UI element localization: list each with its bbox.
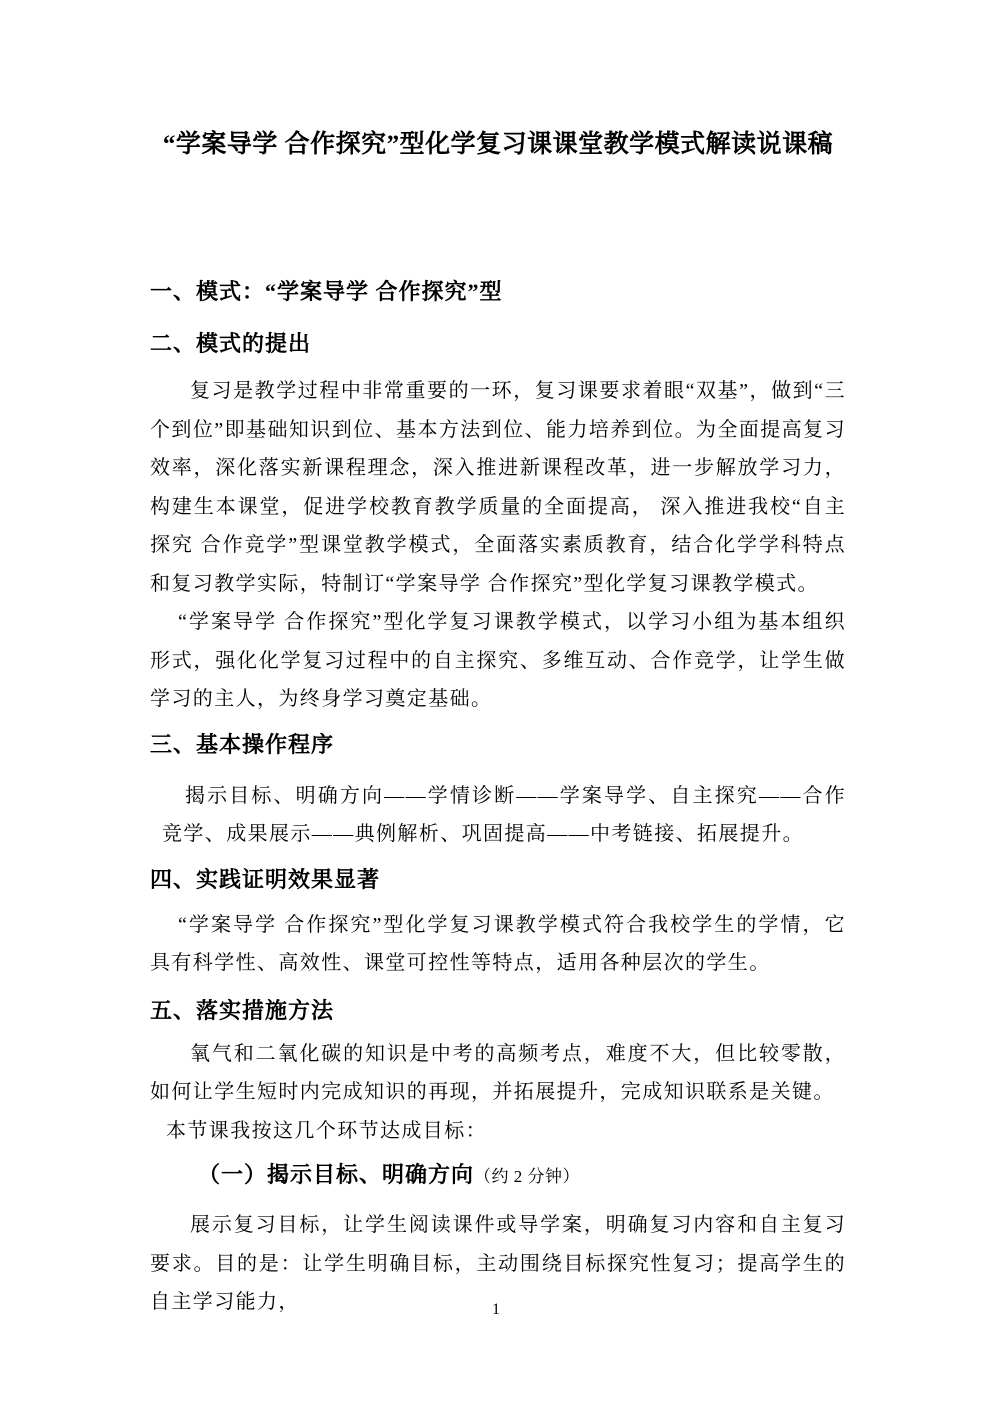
section-5-paragraph-1: 氧气和二氧化碳的知识是中考的高频考点，难度不大，但比较零散，如何让学生短时内完成… — [150, 1035, 846, 1112]
heading-section-1-mode: 一、模式：“学案导学 合作探究”型 — [150, 276, 846, 308]
document-page: “学案导学 合作探究”型化学复习课课堂教学模式解读说课稿 一、模式：“学案导学 … — [0, 0, 992, 1403]
page-number: 1 — [0, 1300, 992, 1320]
heading-section-4-results: 四、实践证明效果显著 — [150, 864, 846, 896]
section-4-paragraph-1: “学案导学 合作探究”型化学复习课教学模式符合我校学生的学情，它具有科学性、高效… — [150, 906, 846, 983]
subheading-reveal-goals: （一）揭示目标、明确方向（约 2 分钟） — [198, 1158, 846, 1194]
section-3-paragraph-1: 揭示目标、明确方向——学情诊断——学案导学、自主探究——合作竞学、成果展示——典… — [162, 777, 846, 854]
subheading-duration-note: （约 2 分钟） — [474, 1167, 580, 1186]
document-content: “学案导学 合作探究”型化学复习课课堂教学模式解读说课稿 一、模式：“学案导学 … — [150, 0, 846, 1322]
section-5-paragraph-2: 本节课我按这几个环节达成目标： — [150, 1112, 846, 1151]
document-title: “学案导学 合作探究”型化学复习课课堂教学模式解读说课稿 — [150, 128, 846, 162]
heading-section-2-proposal: 二、模式的提出 — [150, 328, 846, 360]
section-2-paragraph-1: 复习是教学过程中非常重要的一环，复习课要求着眼“双基”，做到“三个到位”即基础知… — [150, 372, 846, 603]
section-2-paragraph-2: “学案导学 合作探究”型化学复习课教学模式，以学习小组为基本组织形式，强化化学复… — [150, 603, 846, 719]
heading-section-3-procedure: 三、基本操作程序 — [150, 729, 846, 761]
heading-section-5-measures: 五、落实措施方法 — [150, 995, 846, 1027]
subheading-reveal-goals-title: （一）揭示目标、明确方向 — [198, 1162, 474, 1187]
